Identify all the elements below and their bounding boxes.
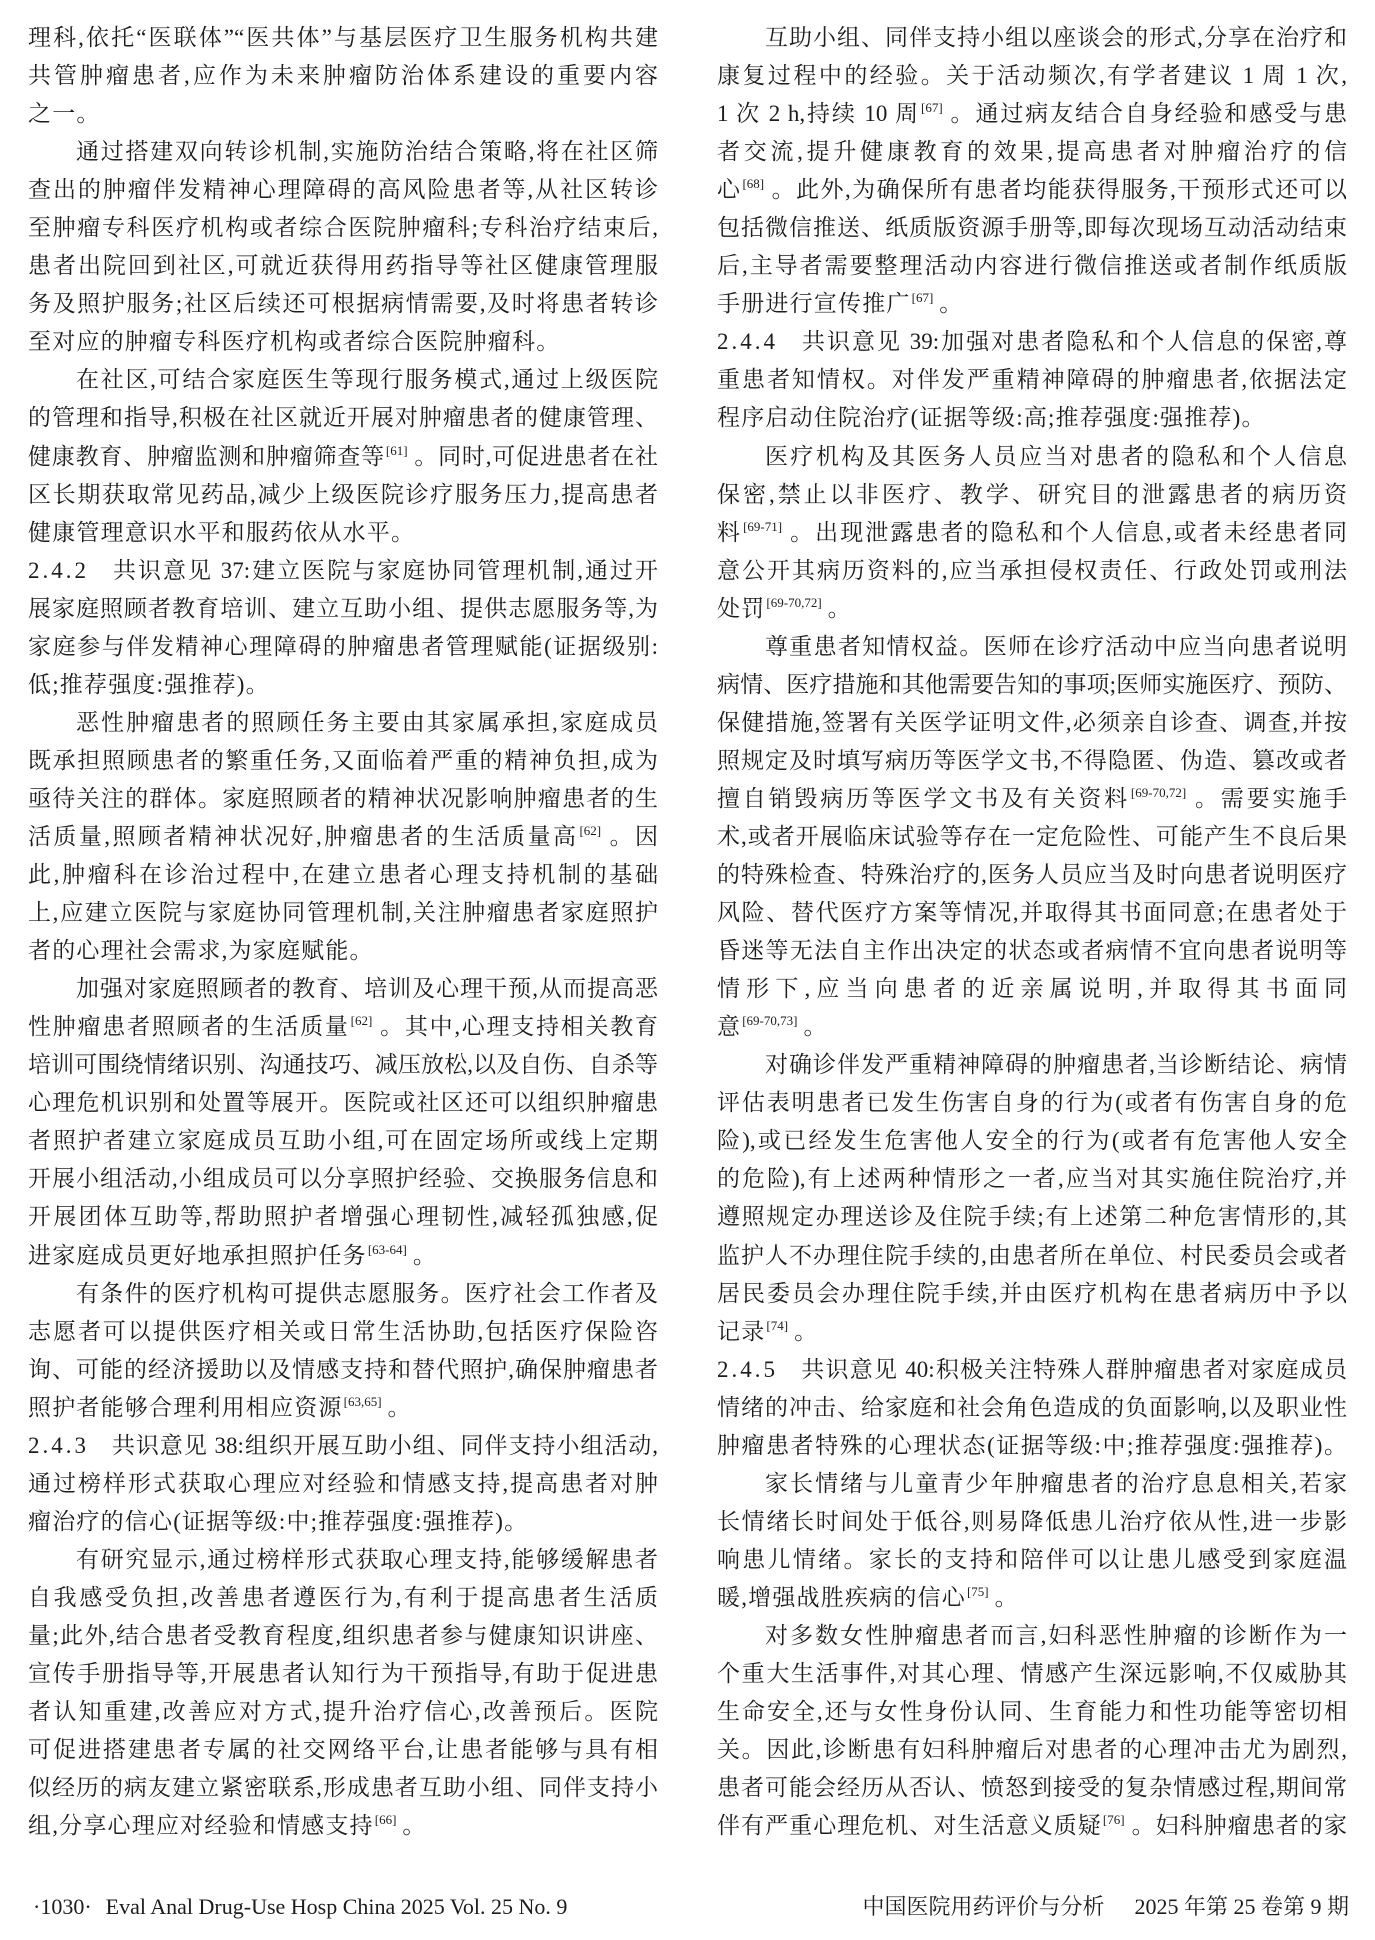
text-line: 活质量,照顾者精神状况好,肿瘤患者的生活质量高[62]。因 [28, 818, 658, 856]
section-heading: 2.4.3共识意见 38:组织开展互助小组、同伴支持小组活动,通过榜样形式获取心… [28, 1427, 658, 1541]
text-line: 康复过程中的经验。关于活动频次,有学者建议 1 周 1 次, [717, 57, 1347, 95]
line-text: 响患儿情绪。家长的支持和陪伴可以让患儿感受到家庭温 [717, 1547, 1347, 1572]
text-line: 监护人不办理住院手续的,由患者所在单位、村民委员会或者 [717, 1237, 1347, 1275]
text-line: 者交流,提升健康教育的效果,提高患者对肿瘤治疗的信 [717, 133, 1347, 171]
line-text: 对多数女性肿瘤患者而言,妇科恶性肿瘤的诊断作为一 [765, 1623, 1347, 1648]
line-text: 照护者能够合理利用相应资源 [28, 1395, 343, 1420]
line-text-after-citation: 。出现泄露患者的隐私和个人信息,或者未经患者同 [788, 520, 1347, 545]
line-text: 料 [717, 520, 742, 545]
line-text: 昏迷等无法自主作出决定的状态或者病情不宜向患者说明等 [717, 938, 1347, 963]
line-text: 生命安全,还与女性身份认同、生育能力和性功能等密切相 [717, 1699, 1347, 1724]
line-text: 病情、医疗措施和其他需要告知的事项;医师实施医疗、预防、 [717, 672, 1347, 697]
body-paragraph: 家长情绪与儿童青少年肿瘤患者的治疗息息相关,若家长情绪长时间处于低谷,则易降低患… [717, 1465, 1347, 1617]
section-number: 2.4.2 [28, 558, 89, 583]
line-text-after-citation: 。 [803, 1014, 827, 1039]
line-text: 共识意见 37:建立医院与家庭协同管理机制,通过开 [111, 558, 658, 583]
line-text-after-citation: 。 [388, 1395, 412, 1420]
line-text: 量;此外,结合患者受教育程度,组织患者参与健康知识讲座、 [28, 1623, 658, 1648]
citation-ref: [69-70,73] [742, 1013, 797, 1028]
citation-ref: [69-71] [743, 519, 782, 534]
text-line: 手册进行宣传推广[67]。 [717, 285, 1347, 323]
text-line: 区长期获取常见药品,减少上级医院诊疗服务压力,提高患者 [28, 476, 658, 514]
text-line: 通过搭建双向转诊机制,实施防治结合策略,将在社区筛 [28, 133, 658, 171]
citation-ref: [69-70,72] [1131, 785, 1186, 800]
text-line: 长情绪长时间处于低谷,则易降低患儿治疗依从性,进一步影 [717, 1503, 1347, 1541]
line-text: 居民委员会办理住院手续,并由医疗机构在患者病历中予以 [717, 1281, 1347, 1306]
text-line: 至肿瘤专科医疗机构或者综合医院肿瘤科;专科治疗结束后, [28, 209, 658, 247]
text-line: 1 次 2 h,持续 10 周[67]。通过病友结合自身经验和感受与患 [717, 95, 1347, 133]
line-text: 1 次 2 h,持续 10 周 [717, 101, 920, 126]
line-text: 通过搭建双向转诊机制,实施防治结合策略,将在社区筛 [76, 139, 658, 164]
text-line: 在社区,可结合家庭医生等现行服务模式,通过上级医院 [28, 361, 658, 399]
text-line: 开展团体互助等,帮助照护者增强心理韧性,减轻孤独感,促 [28, 1198, 658, 1236]
text-line: 患者可能会经历从否认、愤怒到接受的复杂情感过程,期间常 [717, 1769, 1347, 1807]
text-line: 瘤治疗的信心(证据等级:中;推荐强度:强推荐)。 [28, 1503, 658, 1541]
text-line: 者照护者建立家庭成员互助小组,可在固定场所或线上定期 [28, 1122, 658, 1160]
line-text-after-citation: 。妇科肿瘤患者的家 [1131, 1813, 1347, 1838]
text-line: 关。因此,诊断患有妇科肿瘤后对患者的心理冲击尤为剧烈, [717, 1731, 1347, 1769]
citation-ref: [61] [386, 443, 408, 458]
text-line: 似经历的病友建立紧密联系,形成患者互助小组、同伴支持小 [28, 1769, 658, 1807]
line-text: 共识意见 38:组织开展互助小组、同伴支持小组活动, [111, 1433, 658, 1458]
page-number: ·1030· [33, 1894, 92, 1919]
body-paragraph: 在社区,可结合家庭医生等现行服务模式,通过上级医院的管理和指导,积极在社区就近开… [28, 361, 658, 551]
text-line: 保健措施,签署有关医学证明文件,必须亲自诊查、调查,并按 [717, 704, 1347, 742]
text-line: 病情、医疗措施和其他需要告知的事项;医师实施医疗、预防、 [717, 666, 1347, 704]
line-text: 心理危机识别和处置等展开。医院或社区还可以组织肿瘤患 [28, 1090, 658, 1115]
text-line: 患者出院回到社区,可就近获得用药指导等社区健康管理服 [28, 247, 658, 285]
text-line: 的特殊检查、特殊治疗的,医务人员应当及时向患者说明医疗 [717, 856, 1347, 894]
text-line: 昏迷等无法自主作出决定的状态或者病情不宜向患者说明等 [717, 932, 1347, 970]
line-text: 培训可围绕情绪识别、沟通技巧、减压放松,以及自伤、自杀等 [28, 1052, 658, 1077]
citation-ref: [74] [766, 1318, 788, 1333]
text-line: 查出的肿瘤伴发精神心理障碍的高风险患者等,从社区转诊 [28, 171, 658, 209]
line-text: 者的心理社会需求,为家庭赋能。 [28, 938, 374, 963]
line-text: 共识意见 39:加强对患者隐私和个人信息的保密,尊 [800, 329, 1347, 354]
text-line: 量;此外,结合患者受教育程度,组织患者参与健康知识讲座、 [28, 1617, 658, 1655]
line-text: 家庭参与伴发精神心理障碍的肿瘤患者管理赋能(证据级别: [28, 634, 658, 659]
text-line: 的危险),有上述两种情形之一者,应当对其实施住院治疗,并 [717, 1160, 1347, 1198]
line-text: 后,主导者需要整理活动内容进行微信推送或者制作纸质版 [717, 253, 1347, 278]
section-number: 2.4.4 [717, 329, 778, 354]
line-text: 记录 [717, 1319, 765, 1344]
text-line: 自我感受负担,改善患者遵医行为,有利于提高患者生活质 [28, 1579, 658, 1617]
page-footer-right: 中国医院用药评价与分析2025 年第 25 卷第 9 期 [862, 1893, 1349, 1921]
text-line: 响患儿情绪。家长的支持和陪伴可以让患儿感受到家庭温 [717, 1541, 1347, 1579]
line-text: 暖,增强战胜疾病的信心 [717, 1585, 966, 1610]
text-line: 擅自销毁病历等医学文书及有关资料[69-70,72]。需要实施手 [717, 780, 1347, 818]
line-text: 组,分享心理应对经验和情感支持 [28, 1813, 374, 1838]
line-text: 心 [717, 177, 741, 202]
text-line: 意公开其病历资料的,应当承担侵权责任、行政处罚或刑法 [717, 552, 1347, 590]
line-text: 监护人不办理住院手续的,由患者所在单位、村民委员会或者 [717, 1243, 1347, 1268]
text-line: 个重大生活事件,对其心理、情感产生深远影响,不仅威胁其 [717, 1655, 1347, 1693]
text-line: 通过榜样形式获取心理应对经验和情感支持,提高患者对肿 [28, 1465, 658, 1503]
text-line: 的管理和指导,积极在社区就近开展对肿瘤患者的健康管理、 [28, 399, 658, 437]
citation-ref: [67] [921, 100, 943, 115]
text-line: 医疗机构及其医务人员应当对患者的隐私和个人信息 [717, 438, 1347, 476]
line-text: 此,肿瘤科在诊治过程中,在建立患者心理支持机制的基础 [28, 862, 658, 887]
line-text: 既承担照顾患者的繁重任务,又面临着严重的精神负担,成为 [28, 748, 658, 773]
text-line: 后,主导者需要整理活动内容进行微信推送或者制作纸质版 [717, 247, 1347, 285]
text-line: 之一。 [28, 95, 658, 133]
text-line: 2.4.4共识意见 39:加强对患者隐私和个人信息的保密,尊 [717, 323, 1347, 361]
citation-ref: [68] [742, 176, 764, 191]
line-text-after-citation: 。 [939, 291, 963, 316]
line-text: 个重大生活事件,对其心理、情感产生深远影响,不仅威胁其 [717, 1661, 1347, 1686]
text-line: 居民委员会办理住院手续,并由医疗机构在患者病历中予以 [717, 1275, 1347, 1313]
body-paragraph: 尊重患者知情权益。医师在诊疗活动中应当向患者说明病情、医疗措施和其他需要告知的事… [717, 628, 1347, 1047]
text-line: 意[69-70,73]。 [717, 1008, 1347, 1046]
line-text: 共管肿瘤患者,应作为未来肿瘤防治体系建设的重要内容 [28, 63, 658, 88]
journal-name-en: Eval Anal Drug-Use Hosp China 2025 Vol. … [106, 1894, 568, 1919]
text-line: 对多数女性肿瘤患者而言,妇科恶性肿瘤的诊断作为一 [717, 1617, 1347, 1655]
issue-info-cn: 2025 年第 25 卷第 9 期 [1134, 1894, 1349, 1919]
line-text: 务及照护服务;社区后续还可根据病情需要,及时将患者转诊 [28, 291, 658, 316]
line-text: 包括微信推送、纸质版资源手册等,即每次现场互动活动结束 [717, 215, 1347, 240]
line-text: 尊重患者知情权益。医师在诊疗活动中应当向患者说明 [765, 634, 1347, 659]
line-text: 保密,禁止以非医疗、教学、研究目的泄露患者的病历资 [717, 482, 1347, 507]
line-text: 进家庭成员更好地承担照护任务 [28, 1243, 367, 1268]
line-text: 长情绪长时间处于低谷,则易降低患儿治疗依从性,进一步影 [717, 1509, 1347, 1534]
line-text: 险),或已经发生危害他人安全的行为(或者有危害他人安全 [717, 1128, 1347, 1153]
text-line: 2.4.5共识意见 40:积极关注特殊人群肿瘤患者对家庭成员 [717, 1351, 1347, 1389]
text-line: 情绪的冲击、给家庭和社会角色造成的负面影响,以及职业性 [717, 1389, 1347, 1427]
line-text: 开展团体互助等,帮助照护者增强心理韧性,减轻孤独感,促 [28, 1204, 658, 1229]
line-text: 者认知重建,改善应对方式,提升治疗信心,改善预后。医院 [28, 1699, 658, 1724]
body-paragraph: 医疗机构及其医务人员应当对患者的隐私和个人信息保密,禁止以非医疗、教学、研究目的… [717, 438, 1347, 628]
line-text: 至对应的肿瘤专科医疗机构或者综合医院肿瘤科。 [28, 329, 560, 354]
text-line: 保密,禁止以非医疗、教学、研究目的泄露患者的病历资 [717, 476, 1347, 514]
line-text-after-citation: 。需要实施手 [1192, 786, 1347, 811]
text-line: 险),或已经发生危害他人安全的行为(或者有危害他人安全 [717, 1122, 1347, 1160]
text-line: 组,分享心理应对经验和情感支持[66]。 [28, 1807, 658, 1845]
line-text: 上,应建立医院与家庭协同管理机制,关注肿瘤患者家庭照护 [28, 900, 658, 925]
line-text: 关。因此,诊断患有妇科肿瘤后对患者的心理冲击尤为剧烈, [717, 1737, 1347, 1762]
line-text: 重患者知情权。对伴发严重精神障碍的肿瘤患者,依据法定 [717, 367, 1347, 392]
line-text: 评估表明患者已发生伤害自身的行为(或者有伤害自身的危 [717, 1090, 1347, 1115]
line-text: 似经历的病友建立紧密联系,形成患者互助小组、同伴支持小 [28, 1775, 658, 1800]
text-line: 开展小组活动,小组成员可以分享照护经验、交换服务信息和 [28, 1160, 658, 1198]
left-text-column: 理科,依托“医联体”“医共体”与基层医疗卫生服务机构共建共管肿瘤患者,应作为未来… [28, 19, 658, 1845]
line-text: 意 [717, 1014, 741, 1039]
line-text: 擅自销毁病历等医学文书及有关资料 [717, 786, 1130, 811]
line-text: 意公开其病历资料的,应当承担侵权责任、行政处罚或刑法 [717, 558, 1347, 583]
line-text: 术,或者开展临床试验等存在一定危险性、可能产生不良后果 [717, 824, 1347, 849]
line-text: 风险、替代医疗方案等情况,并取得其书面同意;在患者处于 [717, 900, 1347, 925]
line-text: 程序启动住院治疗(证据等级:高;推荐强度:强推荐)。 [717, 405, 1266, 430]
line-text: 自我感受负担,改善患者遵医行为,有利于提高患者生活质 [28, 1585, 658, 1610]
line-text: 患者可能会经历从否认、愤怒到接受的复杂情感过程,期间常 [717, 1775, 1347, 1800]
text-line: 亟待关注的群体。家庭照顾者的精神状况影响肿瘤患者的生 [28, 780, 658, 818]
text-line: 有研究显示,通过榜样形式获取心理支持,能够缓解患者 [28, 1541, 658, 1579]
line-text: 患者出院回到社区,可就近获得用药指导等社区健康管理服 [28, 253, 658, 278]
text-line: 健康教育、肿瘤监测和肿瘤筛查等[61]。同时,可促进患者在社 [28, 438, 658, 476]
body-paragraph: 加强对家庭照顾者的教育、培训及心理干预,从而提高恶性肿瘤患者照顾者的生活质量[6… [28, 970, 658, 1274]
line-text: 伴有严重心理危机、对生活意义质疑 [717, 1813, 1102, 1838]
text-line: 生命安全,还与女性身份认同、生育能力和性功能等密切相 [717, 1693, 1347, 1731]
line-text: 展家庭照顾者教育培训、建立互助小组、提供志愿服务等,为 [28, 596, 658, 621]
text-line: 术,或者开展临床试验等存在一定危险性、可能产生不良后果 [717, 818, 1347, 856]
citation-ref: [76] [1103, 1812, 1125, 1827]
line-text: 之一。 [28, 101, 101, 126]
citation-ref: [62] [351, 1013, 373, 1028]
section-heading: 2.4.5共识意见 40:积极关注特殊人群肿瘤患者对家庭成员情绪的冲击、给家庭和… [717, 1351, 1347, 1465]
text-line: 2.4.3共识意见 38:组织开展互助小组、同伴支持小组活动, [28, 1427, 658, 1465]
line-text: 理科,依托“医联体”“医共体”与基层医疗卫生服务机构共建 [28, 25, 658, 50]
section-number: 2.4.5 [717, 1357, 778, 1382]
text-line: 记录[74]。 [717, 1313, 1347, 1351]
line-text: 区长期获取常见药品,减少上级医院诊疗服务压力,提高患者 [28, 482, 658, 507]
citation-ref: [62] [579, 823, 601, 838]
section-heading: 2.4.4共识意见 39:加强对患者隐私和个人信息的保密,尊重患者知情权。对伴发… [717, 323, 1347, 437]
line-text-after-citation: 。因 [607, 824, 658, 849]
text-line: 暖,增强战胜疾病的信心[75]。 [717, 1579, 1347, 1617]
body-paragraph: 对确诊伴发严重精神障碍的肿瘤患者,当诊断结论、病情评估表明患者已发生伤害自身的行… [717, 1046, 1347, 1350]
text-line: 情形下,应当向患者的近亲属说明,并取得其书面同 [717, 970, 1347, 1008]
text-line: 评估表明患者已发生伤害自身的行为(或者有伤害自身的危 [717, 1084, 1347, 1122]
line-text: 有条件的医疗机构可提供志愿服务。医疗社会工作者及 [76, 1281, 658, 1306]
text-line: 伴有严重心理危机、对生活意义质疑[76]。妇科肿瘤患者的家 [717, 1807, 1347, 1845]
text-line: 共管肿瘤患者,应作为未来肿瘤防治体系建设的重要内容 [28, 57, 658, 95]
line-text: 志愿者可以提供医疗相关或日常生活协助,包括医疗保险咨 [28, 1319, 658, 1344]
citation-ref: [66] [375, 1812, 397, 1827]
line-text: 的管理和指导,积极在社区就近开展对肿瘤患者的健康管理、 [28, 405, 658, 430]
line-text-after-citation: 。其中,心理支持相关教育 [378, 1014, 658, 1039]
line-text: 性肿瘤患者照顾者的生活质量 [28, 1014, 350, 1039]
line-text: 至肿瘤专科医疗机构或者综合医院肿瘤科;专科治疗结束后, [28, 215, 658, 240]
line-text: 的危险),有上述两种情形之一者,应当对其实施住院治疗,并 [717, 1166, 1347, 1191]
line-text-after-citation: 。 [995, 1585, 1019, 1610]
text-line: 培训可围绕情绪识别、沟通技巧、减压放松,以及自伤、自杀等 [28, 1046, 658, 1084]
line-text: 情绪的冲击、给家庭和社会角色造成的负面影响,以及职业性 [717, 1395, 1347, 1420]
text-line: 既承担照顾患者的繁重任务,又面临着严重的精神负担,成为 [28, 742, 658, 780]
text-line: 加强对家庭照顾者的教育、培训及心理干预,从而提高恶 [28, 970, 658, 1008]
citation-ref: [63-64] [368, 1242, 407, 1257]
line-text-after-citation: 。此外,为确保所有患者均能获得服务,干预形式还可以 [770, 177, 1347, 202]
citation-ref: [75] [967, 1584, 989, 1599]
line-text: 询、可能的经济援助以及情感支持和替代照护,确保肿瘤患者 [28, 1357, 658, 1382]
section-number: 2.4.3 [28, 1433, 89, 1458]
text-line: 理科,依托“医联体”“医共体”与基层医疗卫生服务机构共建 [28, 19, 658, 57]
text-line: 进家庭成员更好地承担照护任务[63-64]。 [28, 1237, 658, 1275]
text-line: 务及照护服务;社区后续还可根据病情需要,及时将患者转诊 [28, 285, 658, 323]
line-text: 有研究显示,通过榜样形式获取心理支持,能够缓解患者 [76, 1547, 658, 1572]
text-line: 可促进搭建患者专属的社交网络平台,让患者能够与具有相 [28, 1731, 658, 1769]
text-line: 尊重患者知情权益。医师在诊疗活动中应当向患者说明 [717, 628, 1347, 666]
line-text: 加强对家庭照顾者的教育、培训及心理干预,从而提高恶 [76, 976, 658, 1001]
body-paragraph: 恶性肿瘤患者的照顾任务主要由其家属承担,家庭成员既承担照顾患者的繁重任务,又面临… [28, 704, 658, 970]
line-text: 对确诊伴发严重精神障碍的肿瘤患者,当诊断结论、病情 [765, 1052, 1347, 1077]
body-paragraph: 互助小组、同伴支持小组以座谈会的形式,分享在治疗和康复过程中的经验。关于活动频次… [717, 19, 1347, 323]
journal-name-cn: 中国医院用药评价与分析 [862, 1894, 1104, 1919]
line-text-after-citation: 。同时,可促进患者在社 [414, 444, 658, 469]
text-line: 遵照规定办理送诊及住院手续;有上述第二种危害情形的,其 [717, 1198, 1347, 1236]
line-text: 情形下,应当向患者的近亲属说明,并取得其书面同 [717, 976, 1347, 1001]
line-text: 家长情绪与儿童青少年肿瘤患者的治疗息息相关,若家 [765, 1471, 1347, 1496]
section-heading: 2.4.2共识意见 37:建立医院与家庭协同管理机制,通过开展家庭照顾者教育培训… [28, 552, 658, 704]
line-text-after-citation: 。 [413, 1243, 437, 1268]
text-line: 风险、替代医疗方案等情况,并取得其书面同意;在患者处于 [717, 894, 1347, 932]
text-line: 重患者知情权。对伴发严重精神障碍的肿瘤患者,依据法定 [717, 361, 1347, 399]
line-text: 手册进行宣传推广 [717, 291, 911, 316]
text-line: 料[69-71]。出现泄露患者的隐私和个人信息,或者未经患者同 [717, 514, 1347, 552]
text-line: 处罚[69-70,72]。 [717, 590, 1347, 628]
line-text: 低;推荐强度:强推荐)。 [28, 672, 270, 697]
line-text: 恶性肿瘤患者的照顾任务主要由其家属承担,家庭成员 [76, 710, 658, 735]
text-line: 互助小组、同伴支持小组以座谈会的形式,分享在治疗和 [717, 19, 1347, 57]
body-paragraph: 有条件的医疗机构可提供志愿服务。医疗社会工作者及志愿者可以提供医疗相关或日常生活… [28, 1275, 658, 1427]
line-text-after-citation: 。通过病友结合自身经验和感受与患 [949, 101, 1347, 126]
line-text: 互助小组、同伴支持小组以座谈会的形式,分享在治疗和 [765, 25, 1347, 50]
line-text: 者交流,提升健康教育的效果,提高患者对肿瘤治疗的信 [717, 139, 1347, 164]
line-text: 查出的肿瘤伴发精神心理障碍的高风险患者等,从社区转诊 [28, 177, 658, 202]
text-line: 者的心理社会需求,为家庭赋能。 [28, 932, 658, 970]
line-text: 通过榜样形式获取心理应对经验和情感支持,提高患者对肿 [28, 1471, 658, 1496]
page-footer-left: ·1030·Eval Anal Drug-Use Hosp China 2025… [33, 1893, 567, 1921]
text-line: 心理危机识别和处置等展开。医院或社区还可以组织肿瘤患 [28, 1084, 658, 1122]
line-text: 医疗机构及其医务人员应当对患者的隐私和个人信息 [765, 444, 1347, 469]
text-line: 心[68]。此外,为确保所有患者均能获得服务,干预形式还可以 [717, 171, 1347, 209]
line-text: 遵照规定办理送诊及住院手续;有上述第二种危害情形的,其 [717, 1204, 1347, 1229]
text-line: 询、可能的经济援助以及情感支持和替代照护,确保肿瘤患者 [28, 1351, 658, 1389]
line-text: 亟待关注的群体。家庭照顾者的精神状况影响肿瘤患者的生 [28, 786, 658, 811]
line-text-after-citation: 。 [828, 596, 852, 621]
line-text: 的特殊检查、特殊治疗的,医务人员应当及时向患者说明医疗 [717, 862, 1347, 887]
line-text: 可促进搭建患者专属的社交网络平台,让患者能够与具有相 [28, 1737, 658, 1762]
line-text: 开展小组活动,小组成员可以分享照护经验、交换服务信息和 [28, 1166, 658, 1191]
line-text-after-citation: 。 [794, 1319, 818, 1344]
line-text: 保健措施,签署有关医学证明文件,必须亲自诊查、调查,并按 [717, 710, 1347, 735]
text-line: 此,肿瘤科在诊治过程中,在建立患者心理支持机制的基础 [28, 856, 658, 894]
line-text: 康复过程中的经验。关于活动频次,有学者建议 1 周 1 次, [717, 63, 1347, 88]
line-text-after-citation: 。 [402, 1813, 426, 1838]
text-line: 程序启动住院治疗(证据等级:高;推荐强度:强推荐)。 [717, 399, 1347, 437]
line-text: 瘤治疗的信心(证据等级:中;推荐强度:强推荐)。 [28, 1509, 528, 1534]
text-line: 家长情绪与儿童青少年肿瘤患者的治疗息息相关,若家 [717, 1465, 1347, 1503]
text-line: 恶性肿瘤患者的照顾任务主要由其家属承担,家庭成员 [28, 704, 658, 742]
text-line: 至对应的肿瘤专科医疗机构或者综合医院肿瘤科。 [28, 323, 658, 361]
text-line: 展家庭照顾者教育培训、建立互助小组、提供志愿服务等,为 [28, 590, 658, 628]
text-line: 包括微信推送、纸质版资源手册等,即每次现场互动活动结束 [717, 209, 1347, 247]
text-line: 2.4.2共识意见 37:建立医院与家庭协同管理机制,通过开 [28, 552, 658, 590]
text-line: 对确诊伴发严重精神障碍的肿瘤患者,当诊断结论、病情 [717, 1046, 1347, 1084]
text-line: 健康管理意识水平和服药依从水平。 [28, 514, 658, 552]
body-paragraph: 有研究显示,通过榜样形式获取心理支持,能够缓解患者自我感受负担,改善患者遵医行为… [28, 1541, 658, 1845]
citation-ref: [63,65] [344, 1394, 382, 1409]
text-line: 志愿者可以提供医疗相关或日常生活协助,包括医疗保险咨 [28, 1313, 658, 1351]
line-text: 活质量,照顾者精神状况好,肿瘤患者的生活质量高 [28, 824, 578, 849]
line-text: 共识意见 40:积极关注特殊人群肿瘤患者对家庭成员 [800, 1357, 1347, 1382]
text-line: 低;推荐强度:强推荐)。 [28, 666, 658, 704]
line-text: 健康教育、肿瘤监测和肿瘤筛查等 [28, 444, 385, 469]
text-line: 肿瘤患者特殊的心理状态(证据等级:中;推荐强度:强推荐)。 [717, 1427, 1347, 1465]
text-line: 者认知重建,改善应对方式,提升治疗信心,改善预后。医院 [28, 1693, 658, 1731]
text-line: 照规定及时填写病历等医学文书,不得隐匿、伪造、篡改或者 [717, 742, 1347, 780]
body-paragraph: 通过搭建双向转诊机制,实施防治结合策略,将在社区筛查出的肿瘤伴发精神心理障碍的高… [28, 133, 658, 361]
line-text: 在社区,可结合家庭医生等现行服务模式,通过上级医院 [76, 367, 658, 392]
line-text: 健康管理意识水平和服药依从水平。 [28, 520, 415, 545]
line-text: 宣传手册指导等,开展患者认知行为干预指导,有助于促进患 [28, 1661, 658, 1686]
right-text-column: 互助小组、同伴支持小组以座谈会的形式,分享在治疗和康复过程中的经验。关于活动频次… [717, 19, 1347, 1845]
body-paragraph: 对多数女性肿瘤患者而言,妇科恶性肿瘤的诊断作为一个重大生活事件,对其心理、情感产… [717, 1617, 1347, 1845]
text-line: 性肿瘤患者照顾者的生活质量[62]。其中,心理支持相关教育 [28, 1008, 658, 1046]
text-line: 宣传手册指导等,开展患者认知行为干预指导,有助于促进患 [28, 1655, 658, 1693]
text-line: 上,应建立医院与家庭协同管理机制,关注肿瘤患者家庭照护 [28, 894, 658, 932]
line-text: 照规定及时填写病历等医学文书,不得隐匿、伪造、篡改或者 [717, 748, 1347, 773]
citation-ref: [67] [912, 290, 934, 305]
line-text: 者照护者建立家庭成员互助小组,可在固定场所或线上定期 [28, 1128, 658, 1153]
body-paragraph: 理科,依托“医联体”“医共体”与基层医疗卫生服务机构共建共管肿瘤患者,应作为未来… [28, 19, 658, 133]
journal-page: 理科,依托“医联体”“医共体”与基层医疗卫生服务机构共建共管肿瘤患者,应作为未来… [0, 0, 1375, 1940]
citation-ref: [69-70,72] [766, 595, 821, 610]
text-line: 家庭参与伴发精神心理障碍的肿瘤患者管理赋能(证据级别: [28, 628, 658, 666]
line-text: 肿瘤患者特殊的心理状态(证据等级:中;推荐强度:强推荐)。 [717, 1433, 1347, 1458]
text-line: 照护者能够合理利用相应资源[63,65]。 [28, 1389, 658, 1427]
text-line: 有条件的医疗机构可提供志愿服务。医疗社会工作者及 [28, 1275, 658, 1313]
line-text: 处罚 [717, 596, 765, 621]
